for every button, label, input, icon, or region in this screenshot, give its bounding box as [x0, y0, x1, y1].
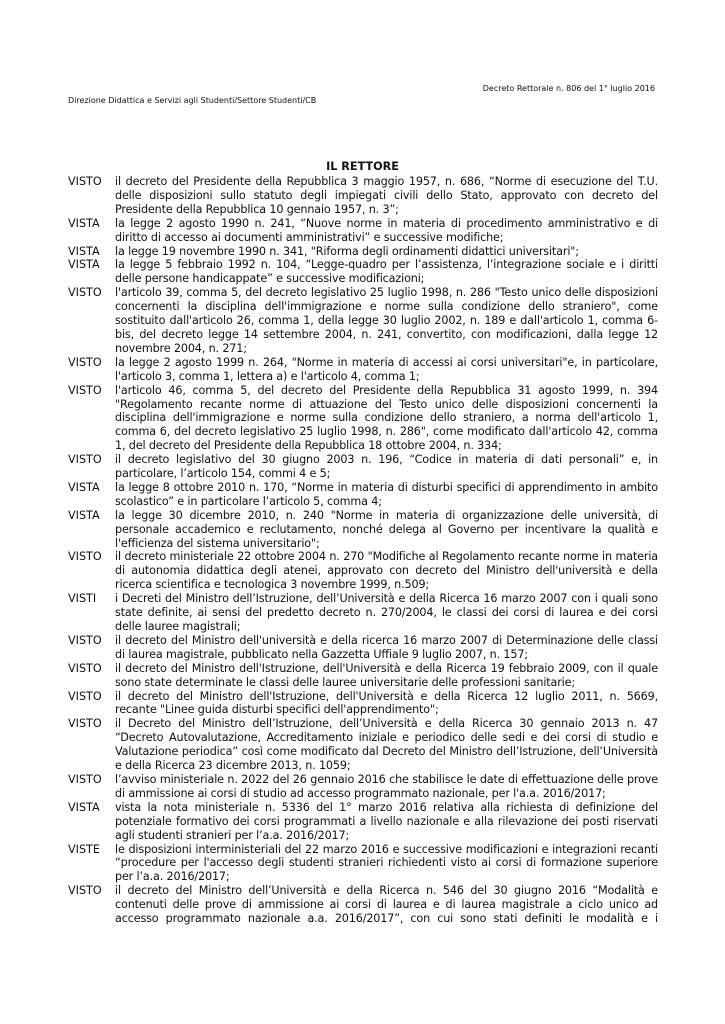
recital-text: i Decreti del Ministro dell’Istruzione, … — [115, 592, 658, 634]
recital-text: l’avviso ministeriale n. 2022 del 26 gen… — [115, 773, 658, 801]
recital-text: la legge 8 ottobre 2010 n. 170, “Norme i… — [115, 481, 658, 509]
recital-text: il decreto del Ministro dell’Università … — [115, 884, 658, 926]
recital-label: VISTO — [68, 453, 115, 481]
recital-label: VISTI — [68, 592, 115, 634]
recital-text: il decreto del Ministro dell'Istruzione,… — [115, 662, 658, 690]
recital-text: l'articolo 46, comma 5, del decreto del … — [115, 384, 658, 454]
recital-label: VISTO — [68, 634, 115, 662]
recitals-list: VISTOil decreto del Presidente della Rep… — [68, 175, 658, 926]
recital-item: VISTOl'articolo 39, comma 5, del decreto… — [68, 286, 658, 356]
recital-label: VISTA — [68, 217, 115, 245]
recital-text: la legge 19 novembre 1990 n. 341, "Rifor… — [115, 245, 658, 259]
office-header: Direzione Didattica e Servizi agli Stude… — [68, 96, 316, 105]
recital-item: VISTOil Decreto del Ministro dell’Istruz… — [68, 717, 658, 773]
recital-item: VISTAvista la nota ministeriale n. 5336 … — [68, 801, 658, 843]
recital-label: VISTO — [68, 662, 115, 690]
recital-label: VISTO — [68, 356, 115, 384]
recital-label: VISTO — [68, 550, 115, 592]
recital-label: VISTO — [68, 717, 115, 773]
recital-text: la legge 2 agosto 1990 n. 241, “Nuove no… — [115, 217, 658, 245]
decree-reference: Decreto Rettorale n. 806 del 1° luglio 2… — [483, 84, 655, 93]
recital-label: VISTA — [68, 481, 115, 509]
recital-text: il decreto del Ministro dell'università … — [115, 634, 658, 662]
recital-text: il decreto del Presidente della Repubbli… — [115, 175, 658, 217]
recital-item: VISTO il decreto del Ministro dell'Istru… — [68, 690, 658, 718]
recital-label: VISTO — [68, 773, 115, 801]
recital-text: il decreto del Ministro dell'Istruzione,… — [115, 690, 658, 718]
recital-text: il decreto ministeriale 22 ottobre 2004 … — [115, 550, 658, 592]
recital-item: VISTEle disposizioni interministeriali d… — [68, 843, 658, 885]
recital-text: la legge 2 agosto 1999 n. 264, "Norme in… — [115, 356, 658, 384]
recital-item: VISTAla legge 30 dicembre 2010, n. 240 "… — [68, 509, 658, 551]
recital-text: il Decreto del Ministro dell’Istruzione,… — [115, 717, 658, 773]
recital-label: VISTO — [68, 884, 115, 926]
recital-label: VISTA — [68, 509, 115, 551]
recital-item: VISTOl’avviso ministeriale n. 2022 del 2… — [68, 773, 658, 801]
recital-label: VISTA — [68, 258, 115, 286]
recital-label: VISTA — [68, 801, 115, 843]
recital-label: VISTE — [68, 843, 115, 885]
recital-item: VISTOil decreto del Ministro dell'univer… — [68, 634, 658, 662]
recital-item: VISTIi Decreti del Ministro dell’Istruzi… — [68, 592, 658, 634]
recital-label: VISTO — [68, 286, 115, 356]
recital-item: VISTAla legge 2 agosto 1990 n. 241, “Nuo… — [68, 217, 658, 245]
recital-item: VISTOil decreto legislativo del 30 giugn… — [68, 453, 658, 481]
recital-item: VISTAla legge 8 ottobre 2010 n. 170, “No… — [68, 481, 658, 509]
recital-item: VISTOl'articolo 46, comma 5, del decreto… — [68, 384, 658, 454]
recital-label: VISTA — [68, 245, 115, 259]
recital-label: VISTO — [68, 690, 115, 718]
recital-item: VISTOil decreto del Ministro dell'Istruz… — [68, 662, 658, 690]
recital-text: l'articolo 39, comma 5, del decreto legi… — [115, 286, 658, 356]
recital-item: VISTOil decreto del Ministro dell’Univer… — [68, 884, 658, 926]
recital-item: VISTAla legge 5 febbraio 1992 n. 104, “L… — [68, 258, 658, 286]
recital-text: la legge 5 febbraio 1992 n. 104, “Legge-… — [115, 258, 658, 286]
recital-item: VISTOil decreto del Presidente della Rep… — [68, 175, 658, 217]
recital-item: VISTAla legge 19 novembre 1990 n. 341, "… — [68, 245, 658, 259]
recital-text: le disposizioni interministeriali del 22… — [115, 843, 658, 885]
recital-text: il decreto legislativo del 30 giugno 200… — [115, 453, 658, 481]
recital-item: VISTOil decreto ministeriale 22 ottobre … — [68, 550, 658, 592]
recital-label: VISTO — [68, 175, 115, 217]
recital-item: VISTOla legge 2 agosto 1999 n. 264, "Nor… — [68, 356, 658, 384]
recital-text: la legge 30 dicembre 2010, n. 240 "Norme… — [115, 509, 658, 551]
recital-label: VISTO — [68, 384, 115, 454]
document-title: IL RETTORE — [0, 160, 725, 173]
recital-text: vista la nota ministeriale n. 5336 del 1… — [115, 801, 658, 843]
